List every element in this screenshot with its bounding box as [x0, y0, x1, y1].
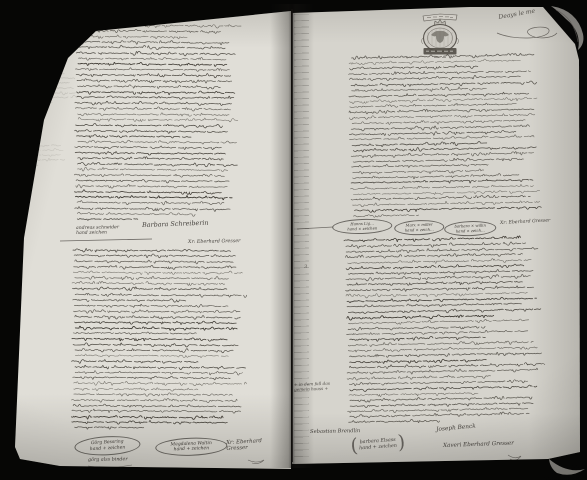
page-corner-curl-bottom-right: [549, 459, 585, 475]
page-corner-curl-top-right: [551, 6, 583, 50]
corner-curls-layer: [0, 0, 587, 480]
manuscript-scan: andreas schneider hand zeichenBarbara Sc…: [0, 0, 587, 480]
